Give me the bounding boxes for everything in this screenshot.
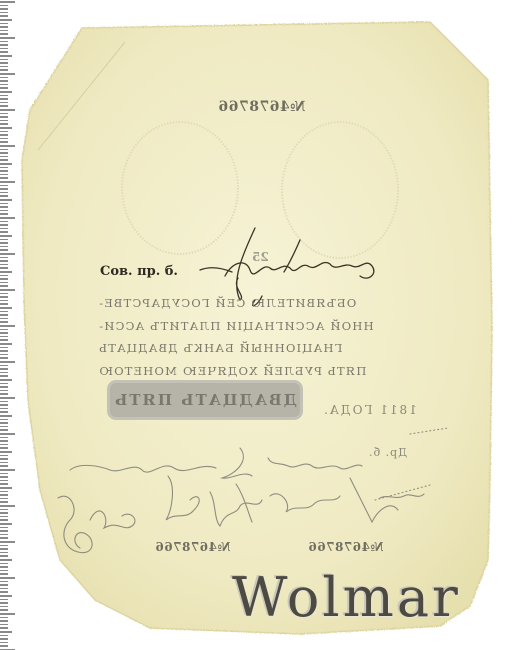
handwritten-label: Сов. пр. б. <box>100 264 178 279</box>
printed-body-text: ОБЪЯВИТЕЛЮ СЕЙ ГОСУДАРСТВЕ- ННОЙ АССИГНА… <box>98 292 450 382</box>
denomination-stamp: ДВАДЦАТЬ ПЯТЬ <box>110 383 300 417</box>
serial-number-bottom-right: №4678766 <box>308 540 384 554</box>
banknote-photo: №4678766 25 Сов. пр. б. ОБЪЯВИТЕЛЮ СЕЙ Г… <box>0 0 514 650</box>
year-text: 1811 ГОДА. <box>322 403 417 417</box>
body-line: ННОЙ АССИГНАЦІИ ПЛАТИТЪ АССИ- <box>98 315 450 338</box>
serial-number-bottom-left: №4678766 <box>155 540 231 554</box>
denomination-small: 25 <box>252 250 269 264</box>
body-line: ГНАЦІОННЫЙ БАНКЪ ДВАДЦАТЬ <box>98 337 450 360</box>
director-label: Др. б. <box>368 446 407 459</box>
wolmar-watermark: Wolmar <box>232 566 461 629</box>
serial-number-top: №4678766 <box>218 99 305 115</box>
body-line: ОБЪЯВИТЕЛЮ СЕЙ ГОСУДАРСТВЕ- <box>98 292 450 315</box>
body-line: ПЯТЬ РУБЛЕЙ ХОДЯЧЕЮ МОНЕТОЮ <box>98 360 450 383</box>
